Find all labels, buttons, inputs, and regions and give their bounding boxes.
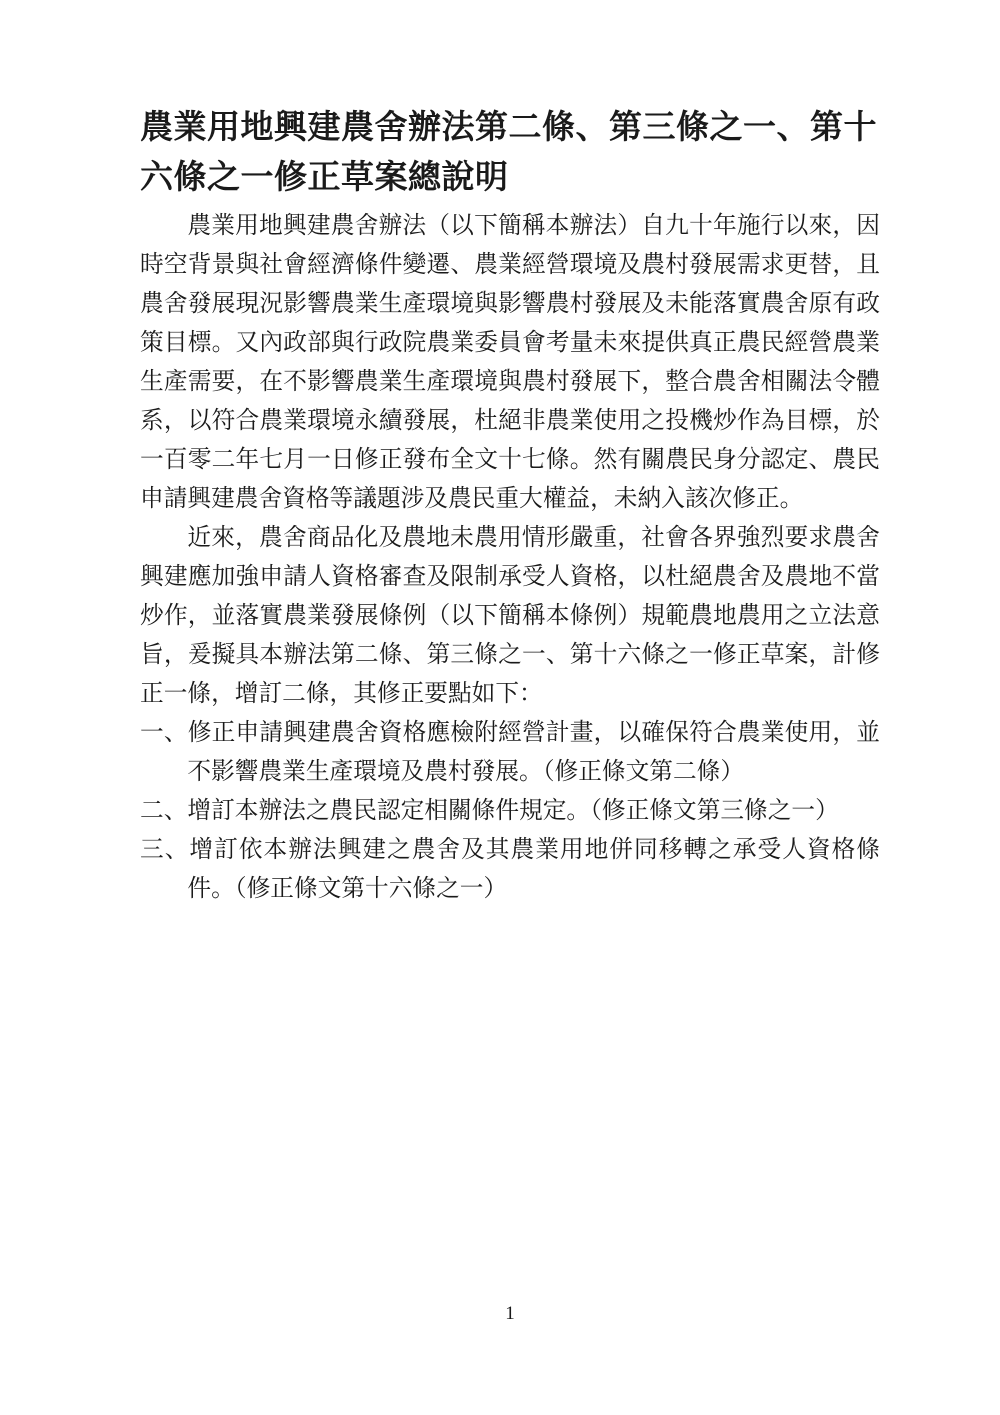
list-item-2-marker: 二、	[140, 798, 187, 824]
amendment-points-list: 一、修正申請興建農舍資格應檢附經營計畫，以確保符合農業使用，並不影響農業生產環境…	[140, 714, 880, 909]
list-item-1-text: 修正申請興建農舍資格應檢附經營計畫，以確保符合農業使用，並不影響農業生產環境及農…	[187, 720, 880, 785]
list-item-3-text: 增訂依本辦法興建之農舍及其農業用地併同移轉之承受人資格條件。（修正條文第十六條之…	[187, 837, 880, 902]
paragraph-amendment-reason: 近來，農舍商品化及農地未農用情形嚴重，社會各界強烈要求農舍興建應加強申請人資格審…	[140, 519, 880, 714]
document-content: 農業用地興建農舍辦法第二條、第三條之一、第十六條之一修正草案總說明 農業用地興建…	[140, 103, 880, 909]
paragraph-background: 農業用地興建農舍辦法（以下簡稱本辦法）自九十年施行以來，因時空背景與社會經濟條件…	[140, 207, 880, 519]
list-item-1-marker: 一、	[140, 720, 188, 746]
list-item-1: 一、修正申請興建農舍資格應檢附經營計畫，以確保符合農業使用，並不影響農業生產環境…	[140, 714, 880, 792]
list-item-3-marker: 三、	[140, 837, 189, 863]
document-title: 農業用地興建農舍辦法第二條、第三條之一、第十六條之一修正草案總說明	[140, 103, 880, 203]
list-item-2: 二、增訂本辦法之農民認定相關條件規定。（修正條文第三條之一）	[140, 792, 880, 831]
list-item-3: 三、增訂依本辦法興建之農舍及其農業用地併同移轉之承受人資格條件。（修正條文第十六…	[140, 831, 880, 909]
page-number: 1	[140, 1303, 880, 1325]
list-item-2-text: 增訂本辦法之農民認定相關條件規定。（修正條文第三條之一）	[187, 798, 838, 824]
document-page: 農業用地興建農舍辦法第二條、第三條之一、第十六條之一修正草案總說明 農業用地興建…	[0, 0, 1000, 1415]
